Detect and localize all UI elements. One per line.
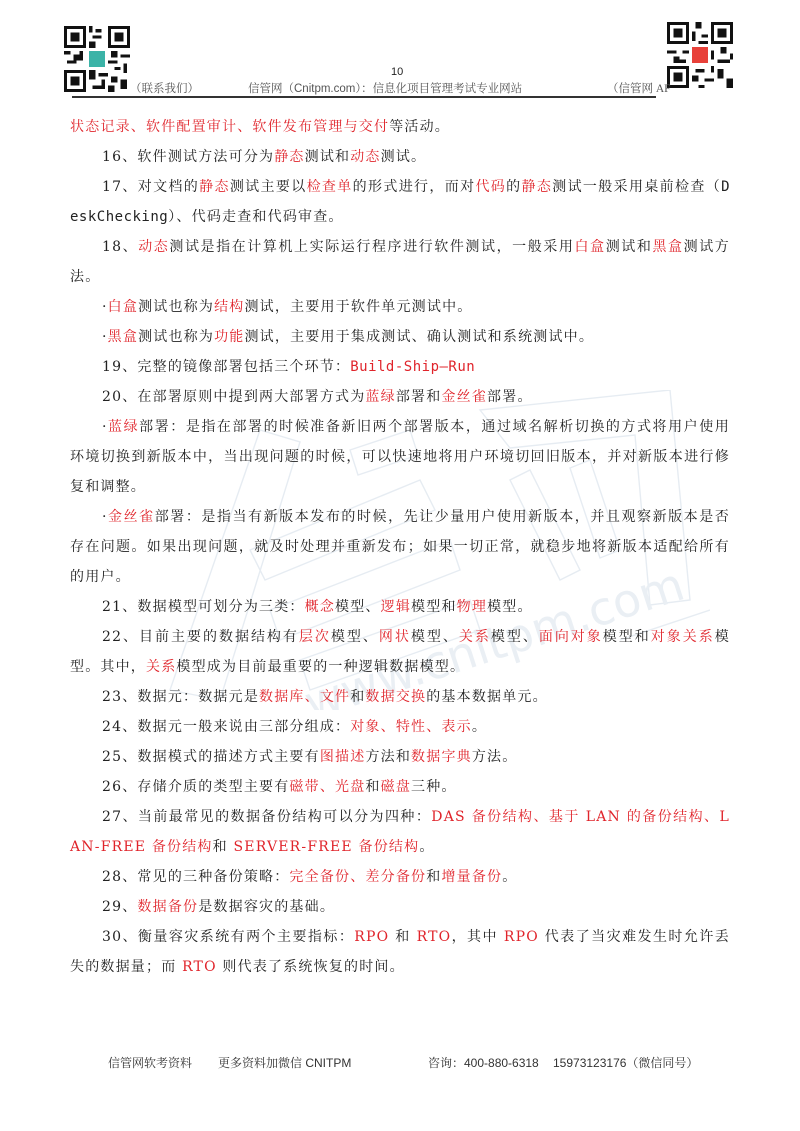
- highlighted-term: 动态: [138, 239, 169, 255]
- paragraph: 24、数据元一般来说由三部分组成：对象、特性、表示。: [70, 712, 730, 742]
- highlighted-term: 蓝绿: [365, 389, 395, 405]
- text-segment: 。: [472, 719, 487, 735]
- highlighted-term: 磁带、光盘: [289, 779, 365, 795]
- footer-wechat-phone: 15973123176（微信同号）: [553, 1054, 698, 1071]
- highlighted-term: RTO: [417, 929, 452, 945]
- highlighted-term: 数据备份: [137, 899, 198, 915]
- text-segment: 和: [365, 779, 380, 795]
- text-segment: 23、数据元：数据元是: [102, 689, 259, 705]
- text-segment: 27、当前最常见的数据备份结构可以分为四种：: [102, 809, 431, 825]
- highlighted-term: 结构: [214, 299, 244, 315]
- text-segment: 模型成为目前最重要的一种逻辑数据模型。: [176, 659, 465, 675]
- text-segment: 模型、: [331, 629, 379, 645]
- header-site-title: 信管网（Cnitpm.com）：信息化项目管理考试专业网站: [248, 80, 522, 96]
- highlighted-term: 金丝雀: [108, 509, 155, 525]
- text-segment: 的基本数据单元。: [426, 689, 548, 705]
- text-segment: 26、存储介质的类型主要有: [102, 779, 289, 795]
- highlighted-term: 黑盒: [652, 239, 683, 255]
- highlighted-term: 数据库、文件: [259, 689, 350, 705]
- page-header: （联系我们） 信管网（Cnitpm.com）：信息化项目管理考试专业网站 （信管…: [72, 80, 672, 96]
- text-segment: 测试。: [381, 149, 427, 165]
- text-segment: 测试和: [305, 149, 351, 165]
- paragraph: 23、数据元：数据元是数据库、文件和数据交换的基本数据单元。: [70, 682, 730, 712]
- qr-code-app-icon: [667, 22, 733, 88]
- text-segment: 16、软件测试方法可分为: [102, 149, 274, 165]
- highlighted-term: 完全备份、差分备份: [289, 869, 426, 885]
- text-segment: 18、: [102, 239, 138, 255]
- footer-wechat-prompt: 更多资料加微信 CNITPM: [218, 1054, 351, 1071]
- highlighted-term: 检查单: [307, 179, 353, 195]
- footer-brand: 信管网软考资料: [108, 1054, 192, 1071]
- header-site-prefix: 信管网（: [248, 83, 294, 95]
- text-segment: 。: [419, 839, 434, 855]
- text-segment: 。: [502, 869, 517, 885]
- highlighted-term: 图描述: [320, 749, 366, 765]
- text-segment: 模型、: [411, 629, 459, 645]
- text-segment: 模型。: [487, 599, 533, 615]
- paragraph: 19、完整的镜像部署包括三个环节：Build-Ship—Run: [70, 352, 730, 382]
- highlighted-term: RTO: [182, 959, 217, 975]
- text-segment: 和: [350, 689, 365, 705]
- highlighted-term: 静态: [274, 149, 304, 165]
- page-number: 10: [391, 66, 403, 78]
- paragraph: 22、目前主要的数据结构有层次模型、网状模型、关系模型、面向对象模型和对象关系模…: [70, 622, 730, 682]
- highlighted-term: 数据交换: [365, 689, 426, 705]
- text-segment: 测试，主要用于软件单元测试中。: [244, 299, 472, 315]
- highlighted-term: 层次: [299, 629, 331, 645]
- text-segment: 测试是指在计算机上实际运行程序进行软件测试，一般采用: [169, 239, 574, 255]
- highlighted-term: 代码: [475, 179, 506, 195]
- highlighted-term: 增量备份: [441, 869, 502, 885]
- highlighted-term: 关系: [146, 659, 176, 675]
- highlighted-term: 关系: [459, 629, 491, 645]
- text-segment: 部署和: [396, 389, 442, 405]
- highlighted-term: 磁盘: [381, 779, 411, 795]
- paragraph: 26、存储介质的类型主要有磁带、光盘和磁盘三种。: [70, 772, 730, 802]
- header-site-domain[interactable]: Cnitpm.com: [294, 83, 355, 95]
- highlighted-term: 黑盒: [108, 329, 138, 345]
- paragraph: 28、常见的三种备份策略：完全备份、差分备份和增量备份。: [70, 862, 730, 892]
- highlighted-term: 功能: [214, 329, 244, 345]
- highlighted-term: RPO: [354, 929, 389, 945]
- highlighted-term: SERVER-FREE 备份结构: [234, 839, 420, 855]
- document-page: 10 （联系我们） 信管网（Cnitpm.com）：信息化项目管理考试专业网站 …: [0, 0, 800, 1131]
- paragraph: ·金丝雀部署：是指当有新版本发布的时候，先让少量用户使用新版本，并且观察新版本是…: [70, 502, 730, 592]
- header-divider: [72, 96, 656, 98]
- paragraph: 29、数据备份是数据容灾的基础。: [70, 892, 730, 922]
- text-segment: ，其中: [451, 929, 504, 945]
- text-segment: 28、常见的三种备份策略：: [102, 869, 289, 885]
- paragraph: 25、数据模式的描述方式主要有图描述方法和数据字典方法。: [70, 742, 730, 772]
- text-segment: 的: [506, 179, 521, 195]
- highlighted-term: 概念: [305, 599, 335, 615]
- highlighted-term: 对象关系: [651, 629, 715, 645]
- paragraph: 17、对文档的静态测试主要以检查单的形式进行，而对代码的静态测试一般采用桌前检查…: [70, 172, 730, 232]
- text-segment: 模型、: [491, 629, 539, 645]
- highlighted-term: 状态记录、软件配置审计、软件发布管理与交付: [70, 119, 389, 135]
- paragraph: ·黑盒测试也称为功能测试，主要用于集成测试、确认测试和系统测试中。: [70, 322, 730, 352]
- highlighted-term: 动态: [350, 149, 380, 165]
- paragraph: ·蓝绿部署：是指在部署的时候准备新旧两个部署版本，通过域名解析切换的方式将用户使…: [70, 412, 730, 502]
- highlighted-term: 白盒: [108, 299, 138, 315]
- paragraph: 状态记录、软件配置审计、软件发布管理与交付等活动。: [70, 112, 730, 142]
- text-segment: 模型和: [411, 599, 457, 615]
- highlighted-term: 蓝绿: [108, 419, 139, 435]
- text-segment: 24、数据元一般来说由三部分组成：: [102, 719, 350, 735]
- highlighted-term: 静态: [522, 179, 553, 195]
- text-segment: 测试也称为: [138, 299, 214, 315]
- text-segment: 部署：是指当有新版本发布的时候，先让少量用户使用新版本，并且观察新版本是否存在问…: [70, 509, 730, 585]
- text-segment: 测试主要以: [230, 179, 307, 195]
- text-segment: 17、对文档的: [102, 179, 199, 195]
- paragraph: 21、数据模型可划分为三类：概念模型、逻辑模型和物理模型。: [70, 592, 730, 622]
- highlighted-term: 对象、特性、表示: [350, 719, 472, 735]
- highlighted-term: RPO: [504, 929, 539, 945]
- highlighted-term: 白盒: [575, 239, 606, 255]
- header-site-suffix: ）：信息化项目管理考试专业网站: [355, 83, 522, 95]
- text-segment: 29、: [102, 899, 137, 915]
- text-segment: 19、完整的镜像部署包括三个环节：: [102, 359, 350, 375]
- paragraph: 18、动态测试是指在计算机上实际运行程序进行软件测试，一般采用白盒测试和黑盒测试…: [70, 232, 730, 292]
- text-segment: 测试一般采用桌前检查（: [552, 179, 721, 195]
- text-segment: 方法和: [365, 749, 411, 765]
- highlighted-term: 逻辑: [381, 599, 411, 615]
- paragraph: 27、当前最常见的数据备份结构可以分为四种：DAS 备份结构、基于 LAN 的备…: [70, 802, 730, 862]
- text-segment: 方法。: [472, 749, 518, 765]
- text-segment: 测试，主要用于集成测试、确认测试和系统测试中。: [244, 329, 594, 345]
- text-segment: 测试也称为: [138, 329, 214, 345]
- text-segment: 21、数据模型可划分为三类：: [102, 599, 305, 615]
- text-segment: 25、数据模式的描述方式主要有: [102, 749, 320, 765]
- highlighted-term: 物理: [457, 599, 487, 615]
- text-segment: 三种。: [411, 779, 457, 795]
- text-segment: 20、在部署原则中提到两大部署方式为: [102, 389, 365, 405]
- document-body: 状态记录、软件配置审计、软件发布管理与交付等活动。16、软件测试方法可分为静态测…: [70, 112, 730, 982]
- text-segment: 和: [213, 839, 234, 855]
- paragraph: 30、衡量容灾系统有两个主要指标：RPO 和 RTO，其中 RPO 代表了当灾难…: [70, 922, 730, 982]
- text-segment: 模型、: [335, 599, 381, 615]
- paragraph: ·白盒测试也称为结构测试，主要用于软件单元测试中。: [70, 292, 730, 322]
- paragraph: 16、软件测试方法可分为静态测试和动态测试。: [70, 142, 730, 172]
- text-segment: 模型和: [603, 629, 651, 645]
- text-segment: 和: [389, 929, 416, 945]
- text-segment: 等活动。: [389, 119, 450, 135]
- paragraph: 20、在部署原则中提到两大部署方式为蓝绿部署和金丝雀部署。: [70, 382, 730, 412]
- text-segment: 22、目前主要的数据结构有: [102, 629, 299, 645]
- highlighted-term: 静态: [199, 179, 230, 195]
- text-segment: 30、衡量容灾系统有两个主要指标：: [102, 929, 354, 945]
- header-contact-label: （联系我们）: [130, 80, 199, 96]
- text-segment: ）、代码走查和代码审查。: [168, 209, 343, 225]
- text-segment: 则代表了系统恢复的时间。: [217, 959, 405, 975]
- text-segment: 测试和: [606, 239, 653, 255]
- text-segment: 部署。: [487, 389, 533, 405]
- text-segment: 是数据容灾的基础。: [198, 899, 335, 915]
- highlighted-term: 金丝雀: [441, 389, 487, 405]
- footer-consult-phone: 咨询：400-880-6318: [428, 1054, 539, 1071]
- text-segment: 和: [426, 869, 441, 885]
- text-segment: 部署：是指在部署的时候准备新旧两个部署版本，通过域名解析切换的方式将用户使用环境…: [70, 419, 730, 495]
- highlighted-term: Build-Ship—Run: [350, 359, 475, 375]
- header-app-label: （信管网 AF: [607, 80, 671, 96]
- highlighted-term: 数据字典: [411, 749, 472, 765]
- highlighted-term: 网状: [379, 629, 411, 645]
- highlighted-term: 面向对象: [539, 629, 603, 645]
- text-segment: 的形式进行，而对: [353, 179, 476, 195]
